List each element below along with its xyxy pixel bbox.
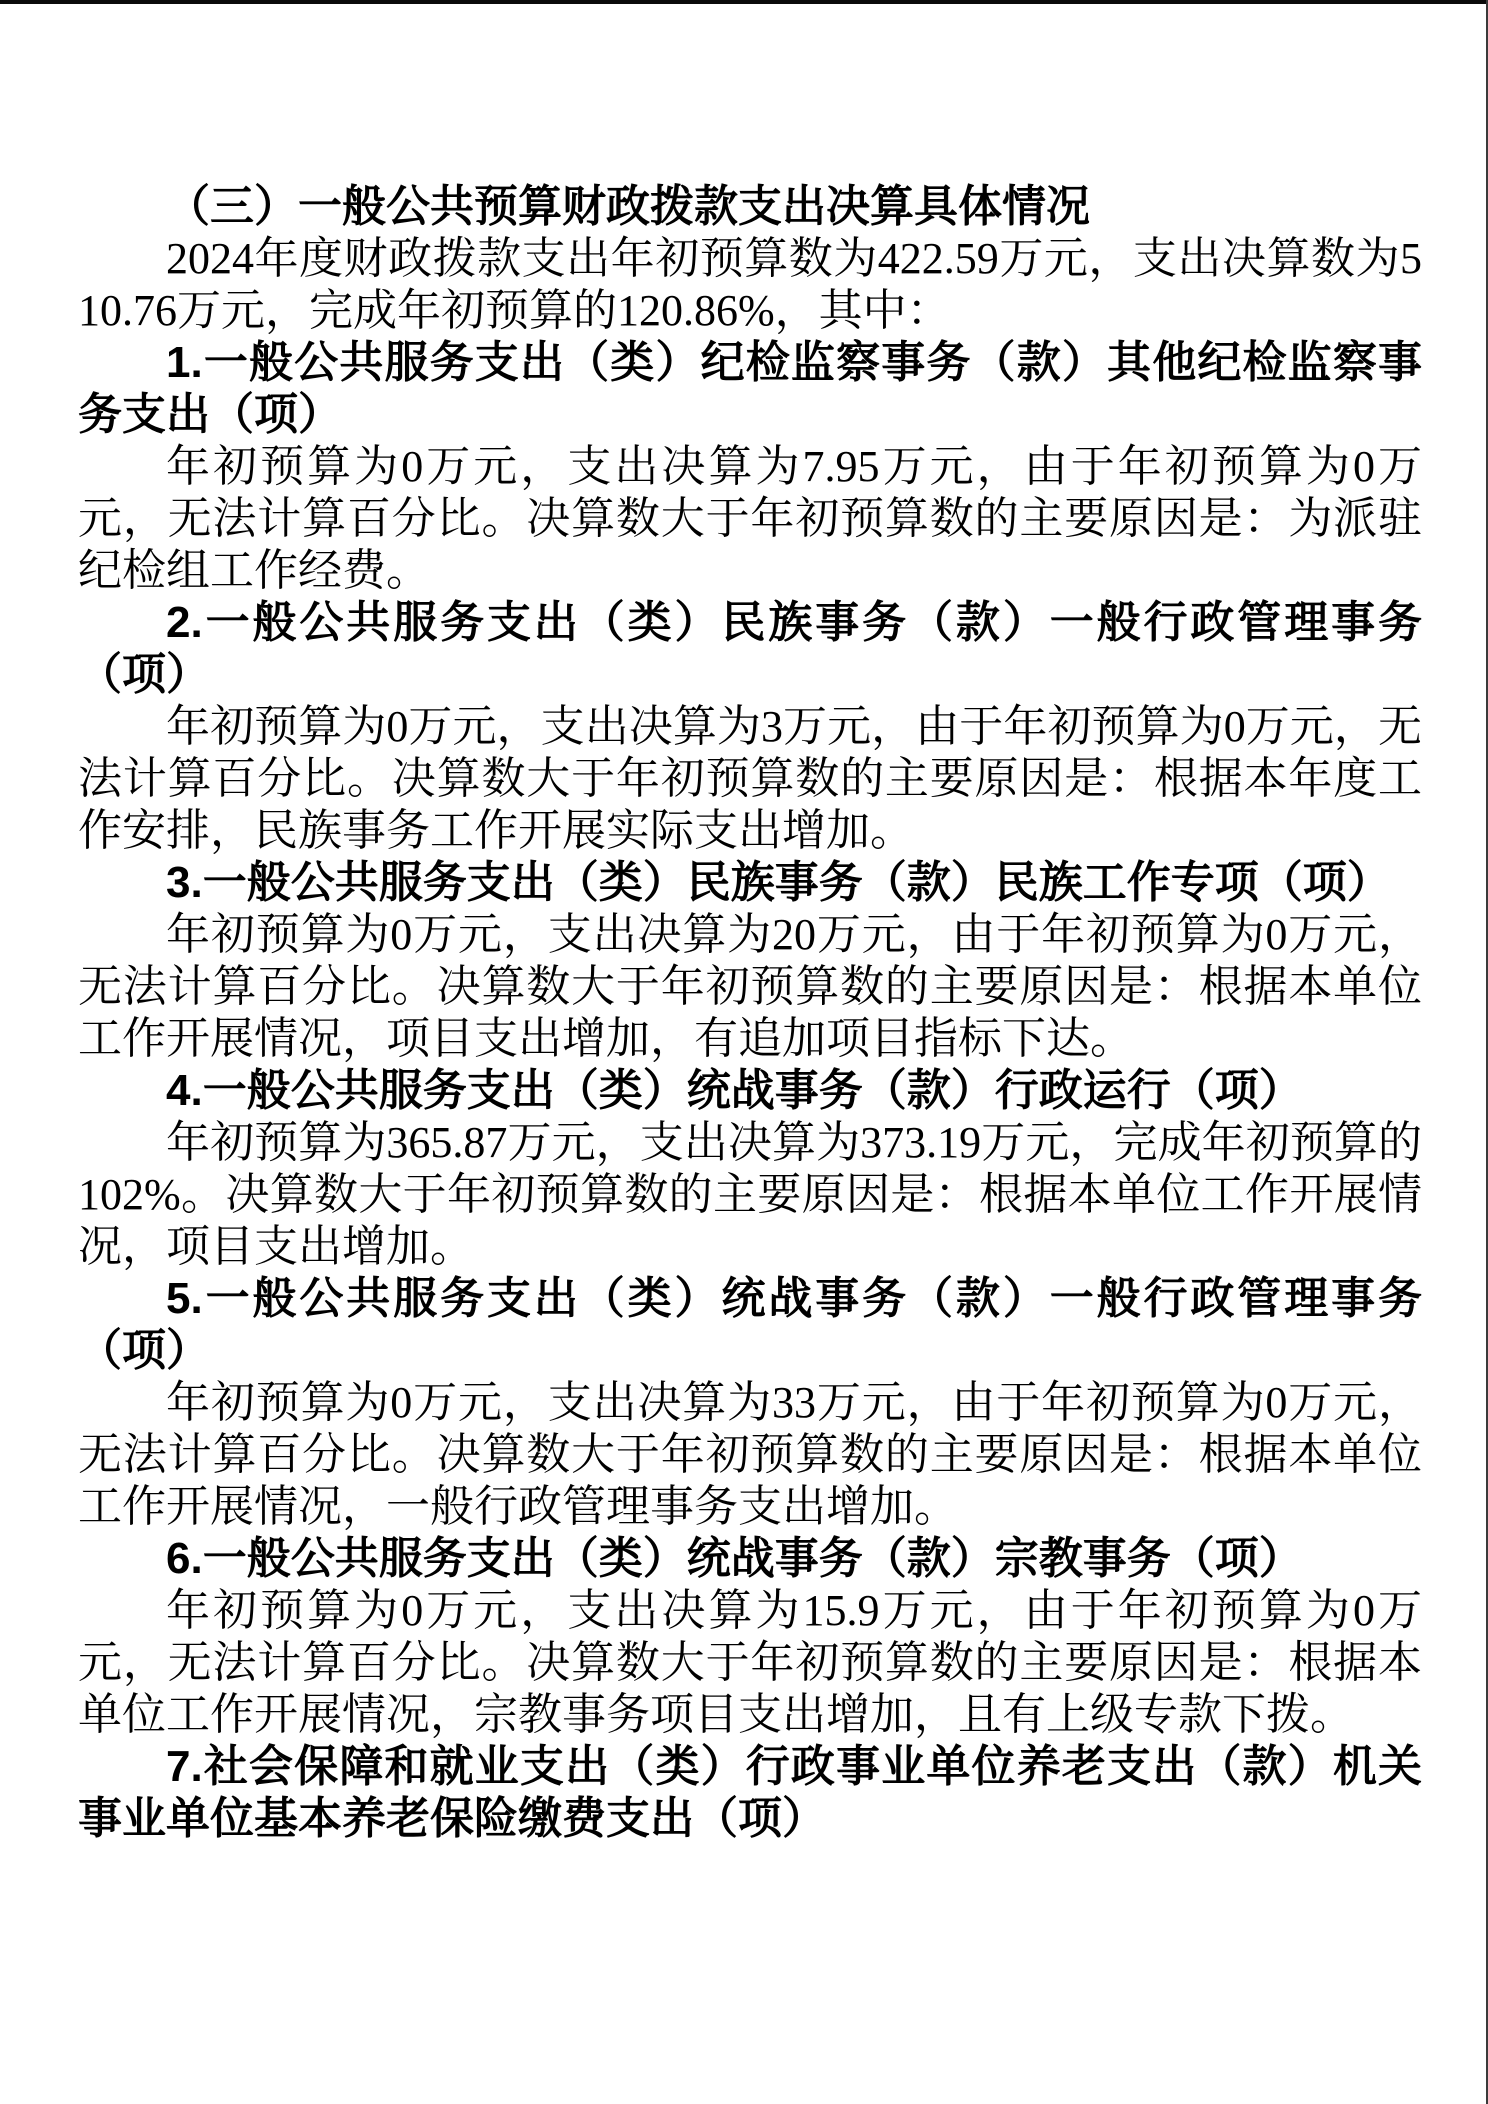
body-paragraph: 年初预算为0万元，支出决算为15.9万元，由于年初预算为0万元，无法计算百分比。… — [78, 1585, 1422, 1741]
section-heading: 3.一般公共服务支出（类）民族事务（款）民族工作专项（项） — [78, 857, 1422, 909]
section-heading: 1.一般公共服务支出（类）纪检监察事务（款）其他纪检监察事务支出（项） — [78, 337, 1422, 441]
body-paragraph: 2024年度财政拨款支出年初预算数为422.59万元，支出决算数为510.76万… — [78, 233, 1422, 337]
section-heading: 5.一般公共服务支出（类）统战事务（款）一般行政管理事务（项） — [78, 1273, 1422, 1377]
section-heading: （三）一般公共预算财政拨款支出决算具体情况 — [78, 181, 1422, 233]
section-heading: 2.一般公共服务支出（类）民族事务（款）一般行政管理事务（项） — [78, 597, 1422, 701]
body-paragraph: 年初预算为0万元，支出决算为20万元，由于年初预算为0万元，无法计算百分比。决算… — [78, 909, 1422, 1065]
body-paragraph: 年初预算为0万元，支出决算为3万元，由于年初预算为0万元，无法计算百分比。决算数… — [78, 701, 1422, 857]
section-heading: 4.一般公共服务支出（类）统战事务（款）行政运行（项） — [78, 1065, 1422, 1117]
body-paragraph: 年初预算为0万元，支出决算为7.95万元，由于年初预算为0万元，无法计算百分比。… — [78, 441, 1422, 597]
document-body: （三）一般公共预算财政拨款支出决算具体情况2024年度财政拨款支出年初预算数为4… — [0, 0, 1488, 1845]
body-paragraph: 年初预算为0万元，支出决算为33万元，由于年初预算为0万元，无法计算百分比。决算… — [78, 1377, 1422, 1533]
section-heading: 7.社会保障和就业支出（类）行政事业单位养老支出（款）机关事业单位基本养老保险缴… — [78, 1741, 1422, 1845]
body-paragraph: 年初预算为365.87万元，支出决算为373.19万元，完成年初预算的102%。… — [78, 1117, 1422, 1273]
document-page: （三）一般公共预算财政拨款支出决算具体情况2024年度财政拨款支出年初预算数为4… — [0, 0, 1488, 2104]
section-heading: 6.一般公共服务支出（类）统战事务（款）宗教事务（项） — [78, 1533, 1422, 1585]
